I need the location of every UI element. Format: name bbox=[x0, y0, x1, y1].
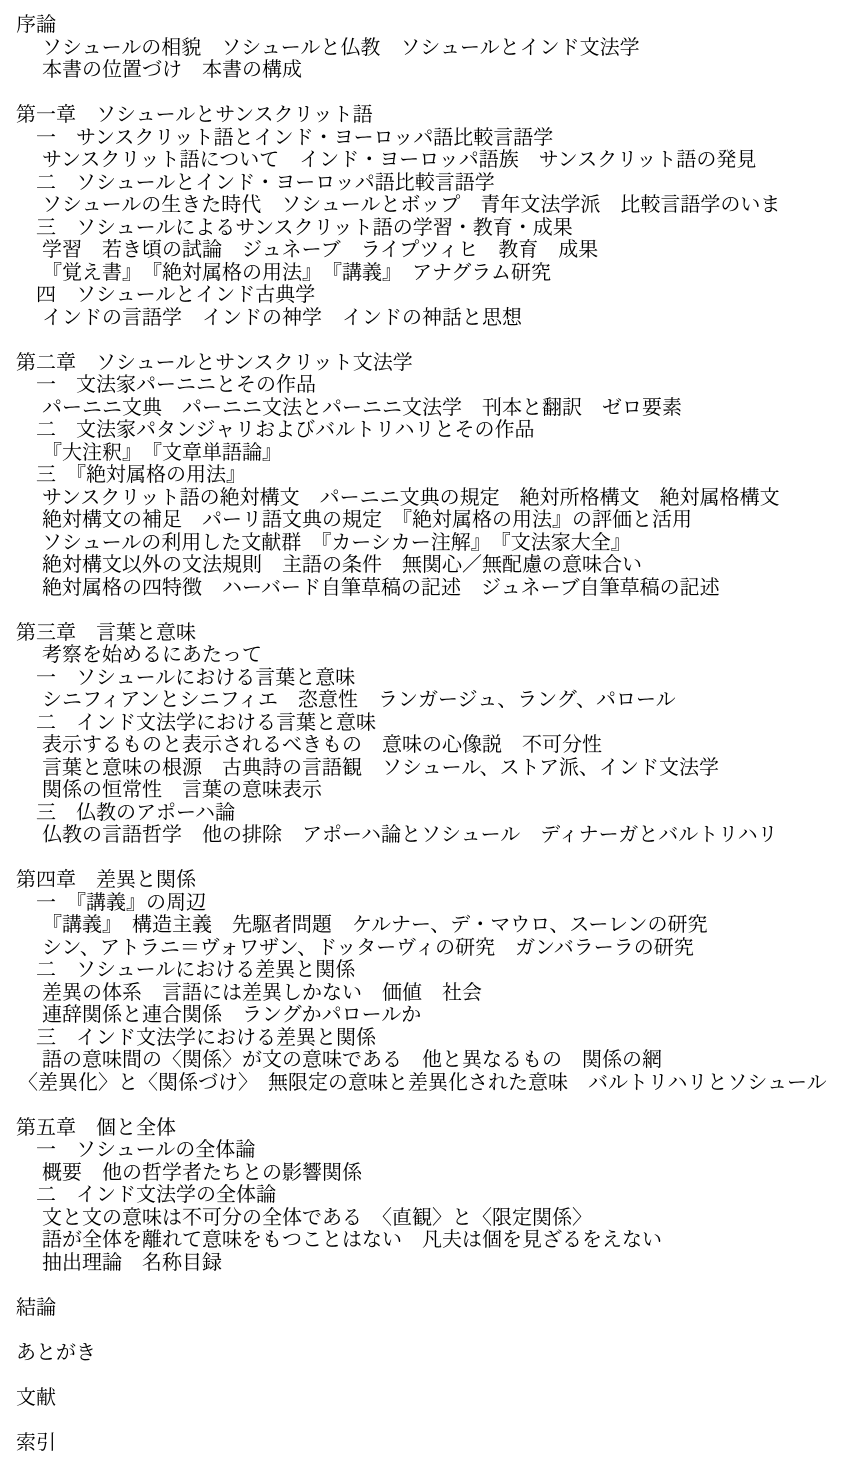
toc-section-number-heading: 一 ソシュールの全体論 bbox=[36, 1139, 841, 1162]
toc-section-number-heading: 三 インド文法学における差異と関係 bbox=[36, 1027, 841, 1050]
toc-topic-line: サンスクリット語の絶対構文 パーニニ文典の規定 絶対所格構文 絶対属格構文 bbox=[42, 487, 841, 510]
toc-block-chapter-4: 第四章 差異と関係一 『講義』の周辺『講義』 構造主義 先駆者問題 ケルナー、デ… bbox=[16, 869, 841, 1094]
toc-section-number-heading: 三 仏教のアポーハ論 bbox=[36, 802, 841, 825]
toc-section-number-heading: 三 ソシュールによるサンスクリット語の学習・教育・成果 bbox=[36, 217, 841, 240]
toc-section-number-heading: 一 『講義』の周辺 bbox=[36, 892, 841, 915]
toc-topic-line: 学習 若き頃の試論 ジュネーブ ライプツィヒ 教育 成果 bbox=[42, 239, 841, 262]
toc-topic-line: 連辞関係と連合関係 ラングかパロールか bbox=[42, 1004, 841, 1027]
toc-section-number-heading: 二 ソシュールにおける差異と関係 bbox=[36, 959, 841, 982]
toc-heading: 第四章 差異と関係 bbox=[16, 869, 841, 892]
toc-topic-line: 語が全体を離れて意味をもつことはない 凡夫は個を見ざるをえない bbox=[42, 1229, 841, 1252]
toc-section-number-heading: 三 『絶対属格の用法』 bbox=[36, 464, 841, 487]
toc-topic-line: 絶対属格の四特徴 ハーバード自筆草稿の記述 ジュネーブ自筆草稿の記述 bbox=[42, 577, 841, 600]
toc-topic-line: 概要 他の哲学者たちとの影響関係 bbox=[42, 1162, 841, 1185]
toc-block-chapter-1: 第一章 ソシュールとサンスクリット語一 サンスクリット語とインド・ヨーロッパ語比… bbox=[16, 104, 841, 329]
toc-topic-line: 本書の位置づけ 本書の構成 bbox=[42, 59, 841, 82]
toc-section-number-heading: 一 文法家パーニニとその作品 bbox=[36, 374, 841, 397]
toc-block-index: 索引 bbox=[16, 1432, 841, 1455]
toc-section-number-heading: 二 ソシュールとインド・ヨーロッパ語比較言語学 bbox=[36, 172, 841, 195]
toc-topic-line: パーニニ文典 パーニニ文法とパーニニ文法学 刊本と翻訳 ゼロ要素 bbox=[42, 397, 841, 420]
toc-section-number-heading: 二 文法家パタンジャリおよびバルトリハリとその作品 bbox=[36, 419, 841, 442]
toc-block-introduction: 序論ソシュールの相貌 ソシュールと仏教 ソシュールとインド文法学本書の位置づけ … bbox=[16, 14, 841, 82]
toc-heading: あとがき bbox=[16, 1342, 841, 1365]
toc-topic-line: 絶対構文の補足 パーリ語文典の規定 『絶対属格の用法』の評価と活用 bbox=[42, 509, 841, 532]
toc-block-chapter-3: 第三章 言葉と意味考察を始めるにあたって一 ソシュールにおける言葉と意味シニフィ… bbox=[16, 622, 841, 847]
table-of-contents: 序論ソシュールの相貌 ソシュールと仏教 ソシュールとインド文法学本書の位置づけ … bbox=[0, 0, 845, 1454]
toc-topic-line: 『大注釈』 『文章単語論』 bbox=[42, 442, 841, 465]
toc-heading: 第五章 個と全体 bbox=[16, 1117, 841, 1140]
toc-section-number-heading: 一 サンスクリット語とインド・ヨーロッパ語比較言語学 bbox=[36, 127, 841, 150]
toc-topic-line: サンスクリット語について インド・ヨーロッパ語族 サンスクリット語の発見 bbox=[42, 149, 841, 172]
toc-topic-line: 言葉と意味の根源 古典詩の言語観 ソシュール、ストア派、インド文法学 bbox=[42, 757, 841, 780]
toc-topic-line: 『講義』 構造主義 先駆者問題 ケルナー、デ・マウロ、スーレンの研究 bbox=[42, 914, 841, 937]
toc-heading: 索引 bbox=[16, 1432, 841, 1455]
toc-topic-line: インドの言語学 インドの神学 インドの神話と思想 bbox=[42, 307, 841, 330]
toc-heading: 第三章 言葉と意味 bbox=[16, 622, 841, 645]
toc-heading: 第二章 ソシュールとサンスクリット文法学 bbox=[16, 352, 841, 375]
toc-block-conclusion: 結論 bbox=[16, 1297, 841, 1320]
toc-topic-line: ソシュールの相貌 ソシュールと仏教 ソシュールとインド文法学 bbox=[42, 37, 841, 60]
toc-topic-line: ソシュールの利用した文献群 『カーシカー注解』 『文法家大全』 bbox=[42, 532, 841, 555]
toc-topic-line: 〈差異化〉と〈関係づけ〉 無限定の意味と差異化された意味 バルトリハリとソシュー… bbox=[18, 1072, 841, 1095]
toc-topic-line: 文と文の意味は不可分の全体である 〈直観〉と〈限定関係〉 bbox=[42, 1207, 841, 1230]
toc-topic-line: 抽出理論 名称目録 bbox=[42, 1252, 841, 1275]
toc-topic-line: シニフィアンとシニフィエ 恣意性 ランガージュ、ラング、パロール bbox=[42, 689, 841, 712]
toc-section-number-heading: 二 インド文法学の全体論 bbox=[36, 1184, 841, 1207]
toc-topic-line: 表示するものと表示されるべきもの 意味の心像説 不可分性 bbox=[42, 734, 841, 757]
toc-block-bibliography: 文献 bbox=[16, 1387, 841, 1410]
toc-section-number-heading: 二 インド文法学における言葉と意味 bbox=[36, 712, 841, 735]
document-page: 序論ソシュールの相貌 ソシュールと仏教 ソシュールとインド文法学本書の位置づけ … bbox=[0, 0, 845, 1476]
toc-topic-line: 関係の恒常性 言葉の意味表示 bbox=[42, 779, 841, 802]
toc-topic-line: 仏教の言語哲学 他の排除 アポーハ論とソシュール ディナーガとバルトリハリ bbox=[42, 824, 841, 847]
toc-heading: 第一章 ソシュールとサンスクリット語 bbox=[16, 104, 841, 127]
toc-topic-line: シン、アトラニ＝ヴォワザン、ドッターヴィの研究 ガンバラーラの研究 bbox=[42, 937, 841, 960]
toc-section-number-heading: 一 ソシュールにおける言葉と意味 bbox=[36, 667, 841, 690]
toc-heading: 文献 bbox=[16, 1387, 841, 1410]
toc-block-chapter-5: 第五章 個と全体一 ソシュールの全体論概要 他の哲学者たちとの影響関係二 インド… bbox=[16, 1117, 841, 1275]
toc-topic-line: ソシュールの生きた時代 ソシュールとボップ 青年文法学派 比較言語学のいま bbox=[42, 194, 841, 217]
toc-heading: 結論 bbox=[16, 1297, 841, 1320]
toc-topic-line: 語の意味間の〈関係〉が文の意味である 他と異なるもの 関係の網 bbox=[42, 1049, 841, 1072]
toc-section-number-heading: 四 ソシュールとインド古典学 bbox=[36, 284, 841, 307]
toc-topic-line: 考察を始めるにあたって bbox=[42, 644, 841, 667]
toc-heading: 序論 bbox=[16, 14, 841, 37]
toc-topic-line: 『覚え書』 『絶対属格の用法』 『講義』 アナグラム研究 bbox=[42, 262, 841, 285]
toc-block-chapter-2: 第二章 ソシュールとサンスクリット文法学一 文法家パーニニとその作品パーニニ文典… bbox=[16, 352, 841, 600]
toc-topic-line: 差異の体系 言語には差異しかない 価値 社会 bbox=[42, 982, 841, 1005]
toc-block-afterword: あとがき bbox=[16, 1342, 841, 1365]
toc-topic-line: 絶対構文以外の文法規則 主語の条件 無関心／無配慮の意味合い bbox=[42, 554, 841, 577]
